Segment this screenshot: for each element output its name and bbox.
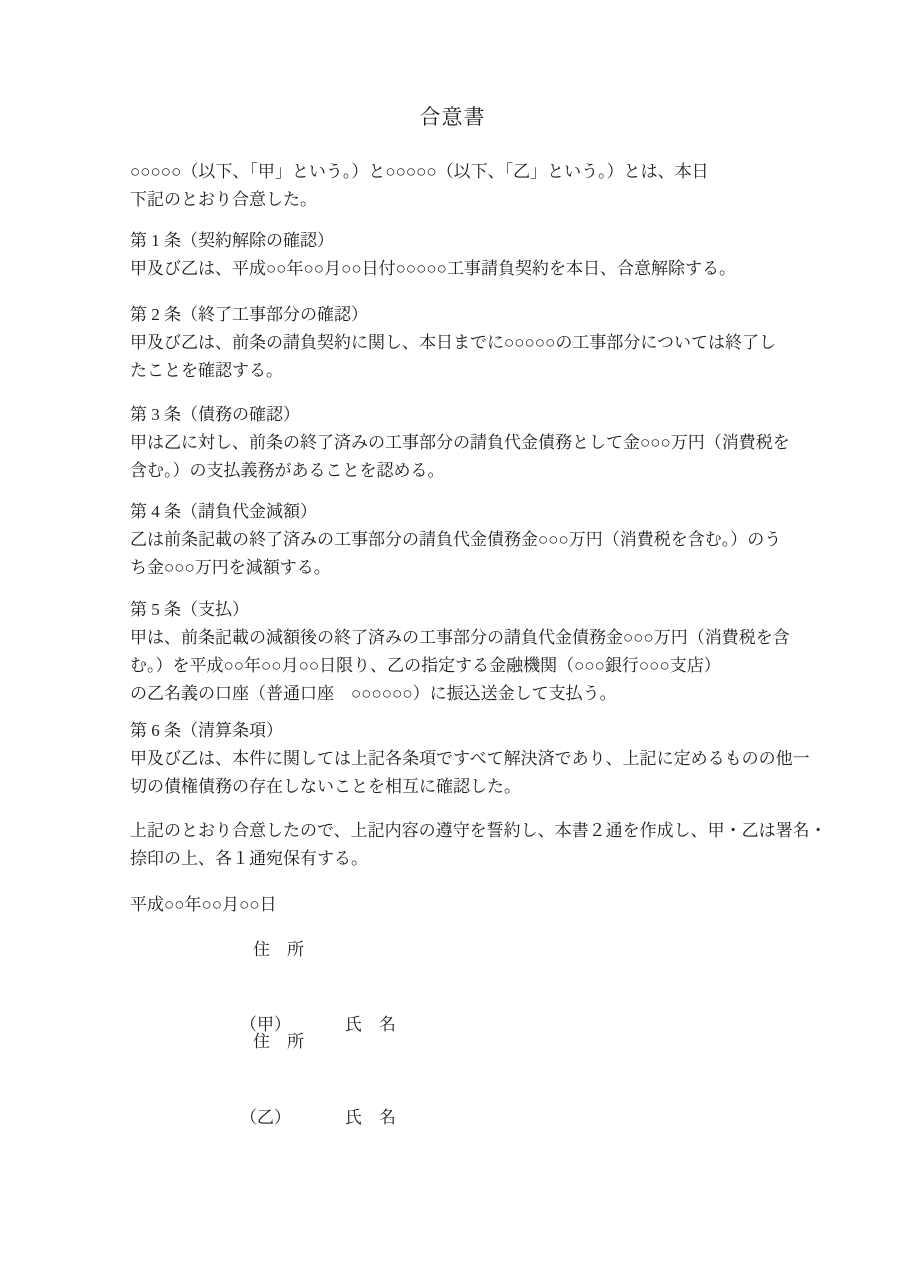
article-2-heading: 第 2 条（終了工事部分の確認）	[130, 301, 820, 329]
party-b-label: （乙）	[240, 1108, 291, 1127]
article-5-heading: 第 5 条（支払）	[130, 596, 820, 624]
article-4-body-line-2: ち金○○○万円を減額する。	[130, 554, 820, 582]
article-1-heading: 第 1 条（契約解除の確認）	[130, 227, 820, 255]
closing-line-2: 捺印の上、各１通宛保有する。	[130, 845, 820, 873]
article-5-body-line-3: の乙名義の口座（普通口座 ○○○○○○）に振込送金して支払う。	[130, 680, 820, 708]
article-6-body-line-2: 切の債権債務の存在しないことを相互に確認した。	[130, 773, 820, 801]
article-3-body-line-1: 甲は乙に対し、前条の終了済みの工事部分の請負代金債務として金○○○万円（消費税を	[130, 429, 820, 457]
article-1: 第 1 条（契約解除の確認） 甲及び乙は、平成○○年○○月○○日付○○○○○工事…	[130, 227, 820, 283]
date-line: 平成○○年○○月○○日	[130, 891, 820, 919]
agreement-document-page: 合意書 ○○○○○（以下、「甲」という。）と○○○○○（以下、「乙」という。）と…	[0, 0, 905, 1280]
party-a-signature-row: （甲）氏 名	[223, 983, 396, 1067]
party-a-name-label: 氏 名	[345, 1015, 396, 1034]
article-3: 第 3 条（債務の確認） 甲は乙に対し、前条の終了済みの工事部分の請負代金債務と…	[130, 401, 820, 485]
closing-line-1: 上記のとおり合意したので、上記内容の遵守を誓約し、本書２通を作成し、甲・乙は署名…	[130, 817, 820, 845]
article-2: 第 2 条（終了工事部分の確認） 甲及び乙は、前条の請負契約に関し、本日までに○…	[130, 301, 820, 385]
article-2-body-line-1: 甲及び乙は、前条の請負契約に関し、本日までに○○○○○の工事部分については終了し	[130, 329, 820, 357]
article-4-heading: 第 4 条（請負代金減額）	[130, 498, 820, 526]
article-4-body-line-1: 乙は前条記載の終了済みの工事部分の請負代金債務金○○○万円（消費税を含む。）のう	[130, 526, 820, 554]
article-3-body-line-2: 含む。）の支払義務があることを認める。	[130, 457, 820, 485]
article-3-heading: 第 3 条（債務の確認）	[130, 401, 820, 429]
article-2-body-line-2: たことを確認する。	[130, 357, 820, 385]
intro-line-2: 下記のとおり合意した。	[130, 186, 820, 214]
article-5-body-line-2: む。）を平成○○年○○月○○日限り、乙の指定する金融機関（○○○銀行○○○支店）	[130, 652, 820, 680]
party-b-signature-row: （乙）氏 名	[223, 1076, 396, 1160]
article-5-body-line-1: 甲は、前条記載の減額後の終了済みの工事部分の請負代金債務金○○○万円（消費税を含	[130, 624, 820, 652]
article-6: 第 6 条（清算条項） 甲及び乙は、本件に関しては上記各条項ですべて解決済であり…	[130, 717, 820, 801]
article-6-heading: 第 6 条（清算条項）	[130, 717, 820, 745]
intro-paragraph: ○○○○○（以下、「甲」という。）と○○○○○（以下、「乙」という。）とは、本日…	[130, 158, 820, 214]
article-4: 第 4 条（請負代金減額） 乙は前条記載の終了済みの工事部分の請負代金債務金○○…	[130, 498, 820, 582]
article-6-body-line-1: 甲及び乙は、本件に関しては上記各条項ですべて解決済であり、上記に定めるものの他一	[130, 745, 820, 773]
party-a-address-label: 住 所	[253, 936, 304, 964]
party-b-address-label: 住 所	[253, 1028, 304, 1056]
intro-line-1: ○○○○○（以下、「甲」という。）と○○○○○（以下、「乙」という。）とは、本日	[130, 158, 820, 186]
article-1-body-line-1: 甲及び乙は、平成○○年○○月○○日付○○○○○工事請負契約を本日、合意解除する。	[130, 255, 820, 283]
closing-paragraph: 上記のとおり合意したので、上記内容の遵守を誓約し、本書２通を作成し、甲・乙は署名…	[130, 817, 820, 873]
party-b-name-label: 氏 名	[345, 1108, 396, 1127]
article-5: 第 5 条（支払） 甲は、前条記載の減額後の終了済みの工事部分の請負代金債務金○…	[130, 596, 820, 708]
document-title: 合意書	[0, 102, 905, 132]
